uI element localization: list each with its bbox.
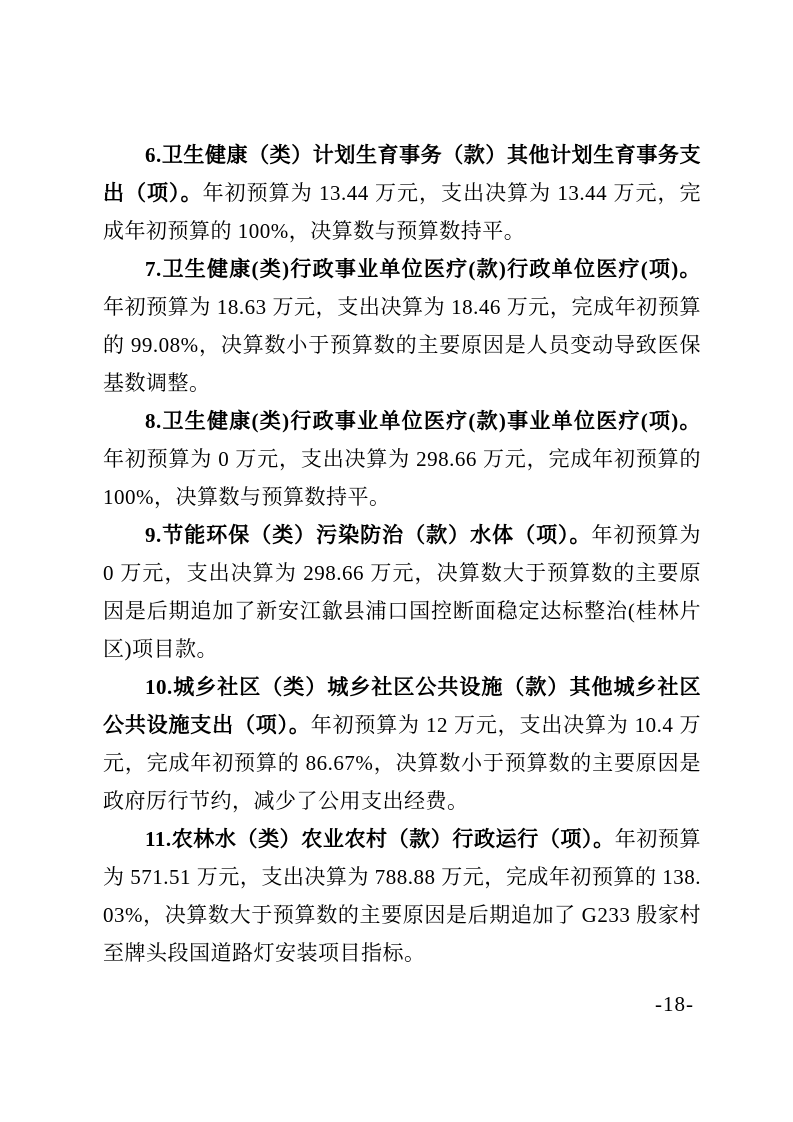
paragraph-8-heading: 8.卫生健康(类)行政事业单位医疗(款)事业单位医疗(项)。 (145, 409, 701, 433)
paragraph-9: 9.节能环保（类）污染防治（款）水体（项）。年初预算为 0 万元，支出决算为 2… (103, 516, 701, 668)
paragraph-7-heading: 7.卫生健康(类)行政事业单位医疗(款)行政单位医疗(项)。 (145, 257, 701, 281)
document-page: 6.卫生健康（类）计划生育事务（款）其他计划生育事务支出（项）。年初预算为 13… (0, 0, 793, 1122)
paragraph-7-body: 年初预算为 18.63 万元，支出决算为 18.46 万元，完成年初预算的 99… (103, 295, 701, 395)
paragraph-8-body: 年初预算为 0 万元，支出决算为 298.66 万元，完成年初预算的 100%，… (103, 447, 701, 509)
paragraph-10: 10.城乡社区（类）城乡社区公共设施（款）其他城乡社区公共设施支出（项）。年初预… (103, 668, 701, 820)
paragraph-6: 6.卫生健康（类）计划生育事务（款）其他计划生育事务支出（项）。年初预算为 13… (103, 136, 701, 250)
paragraph-11-heading: 11.农林水（类）农业农村（款）行政运行（项）。 (145, 827, 615, 851)
paragraph-8: 8.卫生健康(类)行政事业单位医疗(款)事业单位医疗(项)。年初预算为 0 万元… (103, 402, 701, 516)
page-number: -18- (655, 992, 694, 1016)
paragraph-11: 11.农林水（类）农业农村（款）行政运行（项）。年初预算为 571.51 万元，… (103, 820, 701, 972)
page-content: 6.卫生健康（类）计划生育事务（款）其他计划生育事务支出（项）。年初预算为 13… (103, 136, 701, 972)
paragraph-9-heading: 9.节能环保（类）污染防治（款）水体（项）。 (145, 523, 592, 547)
paragraph-7: 7.卫生健康(类)行政事业单位医疗(款)行政单位医疗(项)。年初预算为 18.6… (103, 250, 701, 402)
